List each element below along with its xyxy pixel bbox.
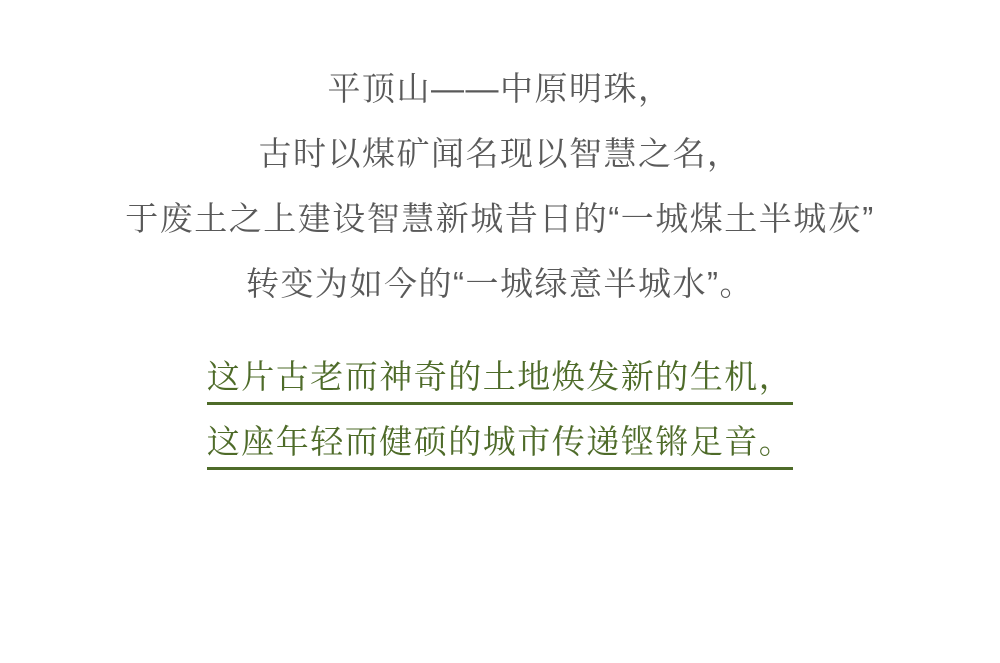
highlight-link-1[interactable]: 这片古老而神奇的土地焕发新的生机， xyxy=(207,357,794,405)
intro-line-2: 古时以煤矿闻名现以智慧之名， xyxy=(0,121,1000,186)
highlight-line-1: 这片古老而神奇的土地焕发新的生机， xyxy=(0,344,1000,409)
article-body: 平顶山——中原明珠， 古时以煤矿闻名现以智慧之名， 于废土之上建设智慧新城昔日的… xyxy=(0,0,1000,474)
highlight-link-2[interactable]: 这座年轻而健硕的城市传递铿锵足音。 xyxy=(207,422,794,470)
intro-line-1: 平顶山——中原明珠， xyxy=(0,56,1000,121)
highlight-block: 这片古老而神奇的土地焕发新的生机， 这座年轻而健硕的城市传递铿锵足音。 xyxy=(0,344,1000,474)
intro-line-4: 转变为如今的“一城绿意半城水”。 xyxy=(0,251,1000,316)
intro-line-3: 于废土之上建设智慧新城昔日的“一城煤土半城灰” xyxy=(0,186,1000,251)
highlight-line-2: 这座年轻而健硕的城市传递铿锵足音。 xyxy=(0,409,1000,474)
